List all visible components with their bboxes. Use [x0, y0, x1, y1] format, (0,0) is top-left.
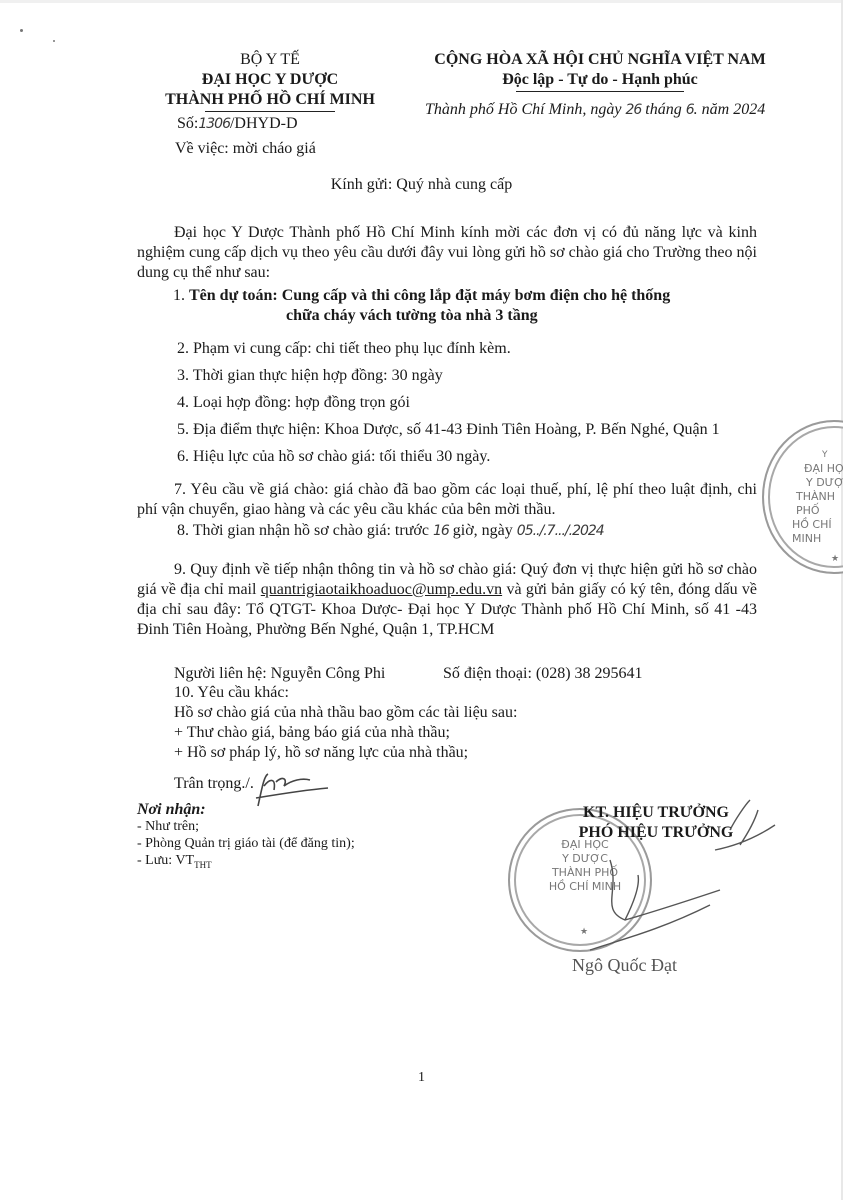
- scan-speck: [53, 40, 55, 42]
- page-top-edge: [0, 0, 843, 3]
- handwritten-day: 26: [625, 102, 641, 118]
- university-name-line1: ĐẠI HỌC Y DƯỢC: [140, 70, 400, 90]
- item-5-location: 5. Địa điểm thực hiện: Khoa Dược, số 41-…: [177, 421, 720, 439]
- contact-phone: Số điện thoại: (028) 38 295641: [443, 665, 643, 683]
- national-motto: Độc lập - Tự do - Hạnh phúc: [410, 70, 790, 90]
- issuer-underline: [205, 111, 335, 112]
- greeting: Kính gửi: Quý nhà cung cấp: [0, 176, 843, 194]
- scan-speck: [20, 29, 23, 32]
- partial-seal-star-icon: ★: [828, 552, 842, 566]
- page-number: 1: [418, 1070, 425, 1086]
- item-10-title: 10. Yêu cầu khác:: [174, 684, 289, 702]
- item-2-scope: 2. Phạm vi cung cấp: chi tiết theo phụ l…: [177, 340, 511, 358]
- handwritten-signature: [580, 790, 780, 970]
- issue-date: Thành phố Hồ Chí Minh, ngày 26 tháng 6. …: [425, 101, 765, 119]
- recipient-1: - Như trên;: [137, 818, 355, 835]
- recipients-block: Nơi nhận: - Như trên; - Phòng Quản trị g…: [137, 801, 355, 874]
- item-10-intro: Hồ sơ chào giá của nhà thầu bao gồm các …: [174, 704, 517, 722]
- motto-underline: [516, 91, 684, 92]
- recipient-3: - Lưu: VTTHT: [137, 852, 355, 874]
- issuer-block: BỘ Y TẾ ĐẠI HỌC Y DƯỢC THÀNH PHỐ HỒ CHÍ …: [140, 50, 400, 112]
- item-1-project-name: 1. Tên dự toán: Cung cấp và thi công lắp…: [173, 286, 763, 326]
- recipient-2: - Phòng Quản trị giáo tài (để đăng tin);: [137, 835, 355, 852]
- item-10-bullet-2: + Hồ sơ pháp lý, hồ sơ năng lực của nhà …: [174, 744, 468, 762]
- handwritten-deadline-date: 05../.7.../.2024: [517, 523, 604, 539]
- item-7-price-requirements: 7. Yêu cầu về giá chào: giá chào đã bao …: [137, 480, 757, 520]
- submission-email-link[interactable]: quantrigiaotaikhoaduoc@ump.edu.vn: [261, 581, 502, 598]
- handwritten-doc-number: 1306: [198, 116, 230, 132]
- item-4-contract-type: 4. Loại hợp đồng: hợp đồng trọn gói: [177, 394, 410, 412]
- item-3-duration: 3. Thời gian thực hiện hợp đồng: 30 ngày: [177, 367, 443, 385]
- intro-paragraph: Đại học Y Dược Thành phố Hồ Chí Minh kín…: [137, 223, 757, 283]
- handwritten-month: 6: [686, 102, 694, 118]
- ministry-name: BỘ Y TẾ: [140, 50, 400, 70]
- republic-title: CỘNG HÒA XÃ HỘI CHỦ NGHĨA VIỆT NAM: [410, 50, 790, 70]
- item-10-bullet-1: + Thư chào giá, bảng báo giá của nhà thầ…: [174, 724, 450, 742]
- partial-seal-text: Y ĐẠI HỌC Y DƯỢC THÀNH PHỐ HỒ CHÍ MINH: [792, 448, 843, 546]
- document-number: Số:1306/DHYD-D: [177, 115, 298, 133]
- item-6-validity: 6. Hiệu lực của hồ sơ chào giá: tối thiể…: [177, 448, 490, 466]
- signer-name: Ngô Quốc Đạt: [572, 955, 677, 976]
- contact-person: Người liên hệ: Nguyễn Công Phi: [174, 665, 385, 683]
- university-name-line2: THÀNH PHỐ HỒ CHÍ MINH: [140, 90, 400, 110]
- item-9-submission: 9. Quy định về tiếp nhận thông tin và hồ…: [137, 560, 757, 640]
- handwritten-hour: 16: [433, 523, 449, 539]
- closing: Trân trọng./.: [174, 775, 254, 793]
- national-header: CỘNG HÒA XÃ HỘI CHỦ NGHĨA VIỆT NAM Độc l…: [410, 50, 790, 92]
- item-8-deadline: 8. Thời gian nhận hồ sơ chào giá: trước …: [177, 522, 604, 540]
- recipients-title: Nơi nhận:: [137, 801, 355, 818]
- subject-line: Về việc: mời cháo giá: [175, 140, 316, 158]
